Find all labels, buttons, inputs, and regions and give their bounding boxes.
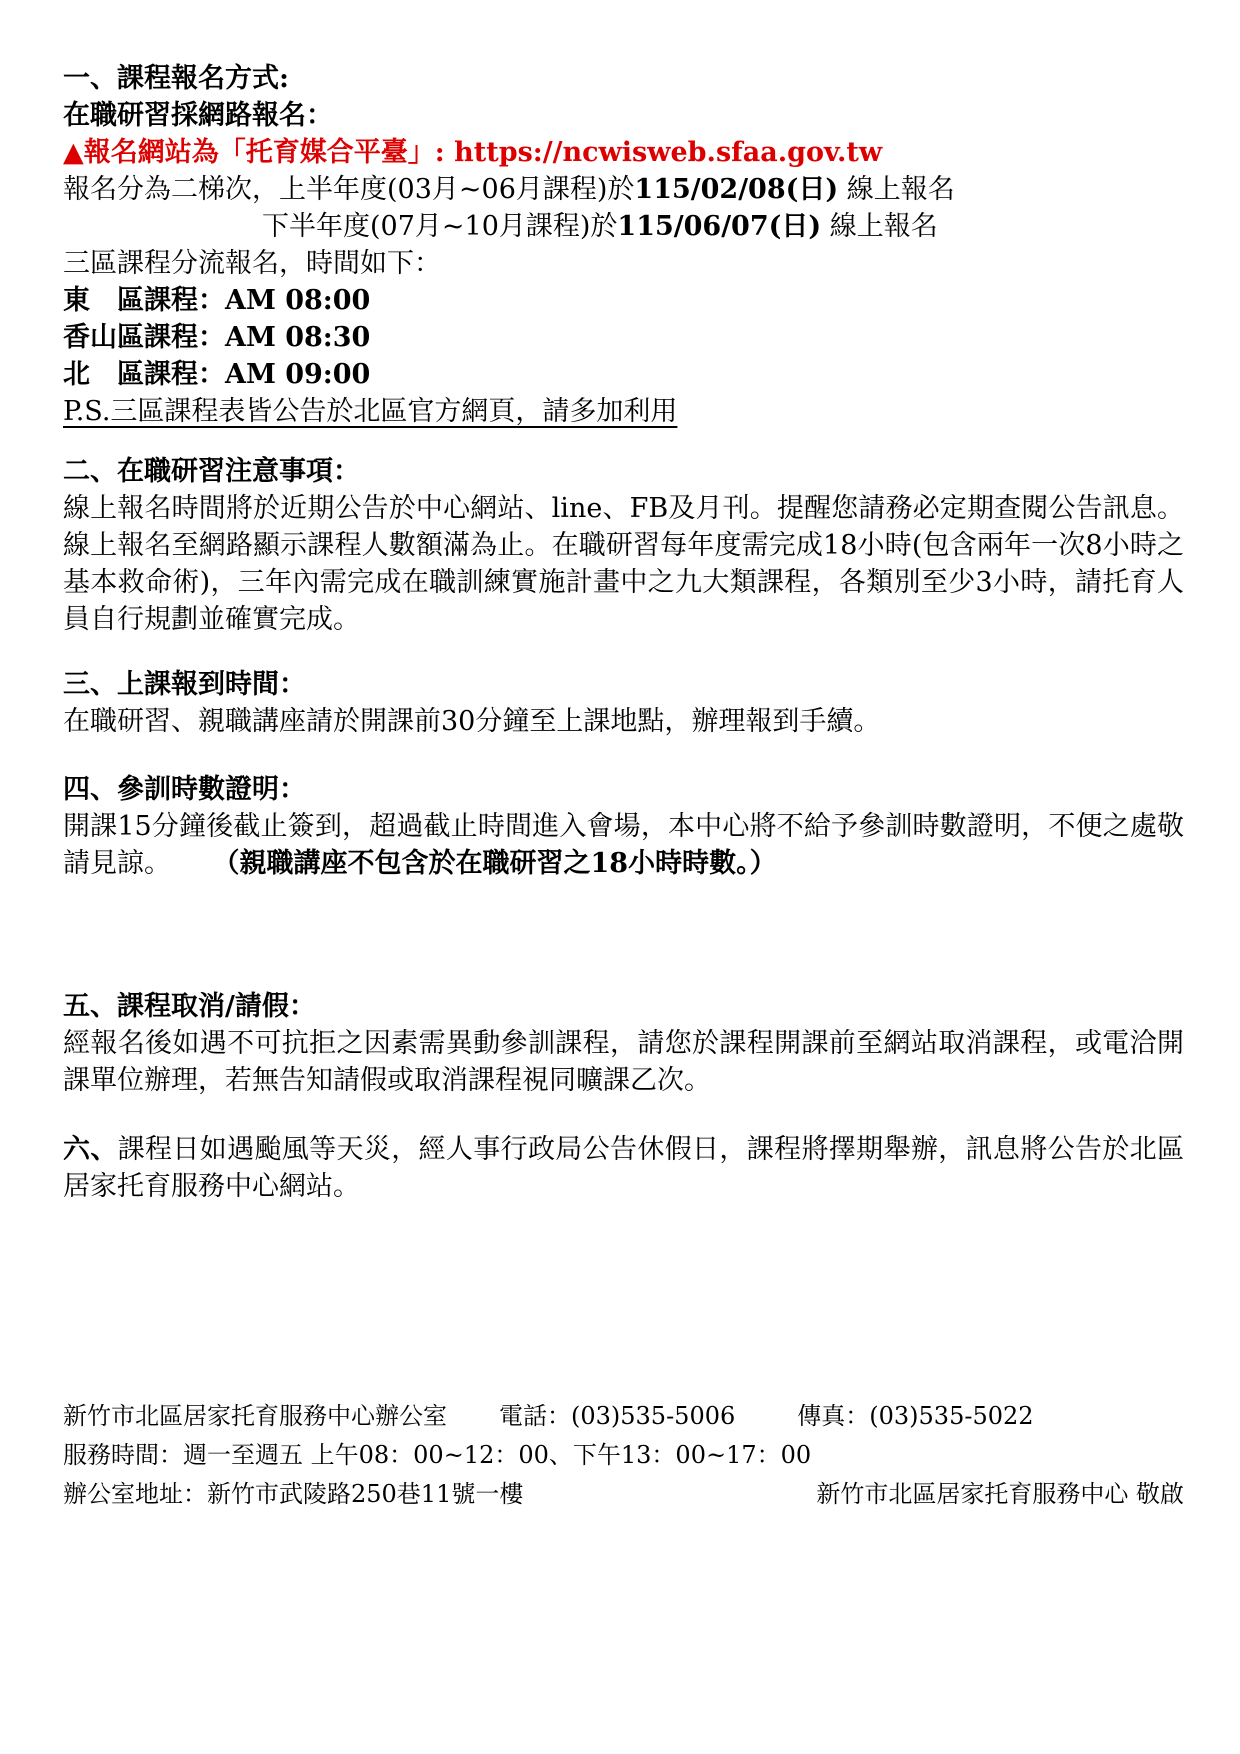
footer-contact-line: 新竹市北區居家托育服務中心辦公室 電話：(03)535-5006 傳真：(03)…	[63, 1397, 1184, 1436]
footer-office-name: 新竹市北區居家托育服務中心辦公室	[63, 1397, 447, 1436]
ps-note: P.S.三區課程表皆公告於北區官方網頁，請多加利用	[63, 393, 1184, 430]
section6-body-text: 課程日如遇颱風等天災，經人事行政局公告休假日，課程將擇期舉辦，訊息將公告於北區居…	[63, 1134, 1184, 1202]
footer-service-hours: 服務時間：週一至週五 上午08：00~12：00、下午13：00~17：00	[63, 1436, 1184, 1475]
batch1-date: 115/02/08(日)	[634, 174, 838, 205]
batch-line-2: 下半年度(07月~10月課程)於115/06/07(日) 線上報名	[63, 208, 1184, 245]
section-typhoon-policy: 六、課程日如遇颱風等天災，經人事行政局公告休假日，課程將擇期舉辦，訊息將公告於北…	[63, 1131, 1184, 1205]
time-east-district: 東 區課程：AM 08:00	[63, 282, 1184, 319]
section4-note: （親職講座不包含於在職研習之18小時時數。）	[226, 848, 777, 879]
registration-site-line: ▲報名網站為「托育媒合平臺」: https://ncwisweb.sfaa.go…	[63, 134, 1184, 171]
footer-address-line: 辦公室地址：新竹市武陵路250巷11號一樓 新竹市北區居家托育服務中心 敬啟	[63, 1475, 1184, 1514]
section3-heading: 三、上課報到時間：	[63, 666, 1184, 703]
batch1-prefix: 報名分為二梯次，上半年度(03月~06月課程)於	[63, 174, 634, 205]
registration-url-link[interactable]: https://ncwisweb.sfaa.gov.tw	[454, 137, 882, 168]
site-label: 報名網站為「托育媒合平臺」:	[84, 137, 454, 168]
section-registration-method: 一、課程報名方式: 在職研習採網路報名： ▲報名網站為「托育媒合平臺」: htt…	[63, 60, 1184, 430]
section6-prefix: 六、	[63, 1134, 118, 1165]
footer-address: 辦公室地址：新竹市武陵路250巷11號一樓	[63, 1475, 523, 1514]
section5-heading: 五、課程取消/請假：	[63, 988, 1184, 1025]
section-hours-certificate: 四、參訓時數證明： 開課15分鐘後截止簽到，超過截止時間進入會場，本中心將不給予…	[63, 771, 1184, 882]
footer-fax: 傳真：(03)535-5022	[797, 1397, 1033, 1436]
document-footer: 新竹市北區居家托育服務中心辦公室 電話：(03)535-5006 傳真：(03)…	[63, 1397, 1184, 1514]
batch1-suffix: 線上報名	[838, 174, 955, 205]
section1-subheading: 在職研習採網路報名：	[63, 97, 1184, 134]
batch2-date: 115/06/07(日)	[617, 211, 821, 242]
section1-heading: 一、課程報名方式:	[63, 60, 1184, 97]
triangle-marker-icon: ▲	[63, 137, 84, 168]
section6-body: 六、課程日如遇颱風等天災，經人事行政局公告休假日，課程將擇期舉辦，訊息將公告於北…	[63, 1131, 1184, 1205]
section4-body: 開課15分鐘後截止簽到，超過截止時間進入會場，本中心將不給予參訓時數證明，不便之…	[63, 808, 1184, 882]
section-training-notes: 二、在職研習注意事項： 線上報名時間將於近期公告於中心網站、line、FB及月刊…	[63, 453, 1184, 638]
batch-line-1: 報名分為二梯次，上半年度(03月~06月課程)於115/02/08(日) 線上報…	[63, 171, 1184, 208]
batch2-suffix: 線上報名	[821, 211, 938, 242]
section5-body: 經報名後如遇不可抗拒之因素需異動參訓課程，請您於課程開課前至網站取消課程，或電洽…	[63, 1025, 1184, 1099]
footer-phone: 電話：(03)535-5006	[499, 1397, 735, 1436]
section-cancellation: 五、課程取消/請假： 經報名後如遇不可抗拒之因素需異動參訓課程，請您於課程開課前…	[63, 988, 1184, 1099]
section2-body: 線上報名時間將於近期公告於中心網站、line、FB及月刊。提醒您請務必定期查閱公…	[63, 490, 1184, 638]
footer-signoff: 新竹市北區居家托育服務中心 敬啟	[816, 1475, 1184, 1514]
time-north-district: 北 區課程：AM 09:00	[63, 356, 1184, 393]
section2-heading: 二、在職研習注意事項：	[63, 453, 1184, 490]
batch2-prefix: 下半年度(07月~10月課程)於	[262, 211, 617, 242]
time-xiangshan-district: 香山區課程：AM 08:30	[63, 319, 1184, 356]
section-checkin-time: 三、上課報到時間： 在職研習、親職講座請於開課前30分鐘至上課地點，辦理報到手續…	[63, 666, 1184, 740]
split-registration-intro: 三區課程分流報名，時間如下：	[63, 245, 1184, 282]
section4-heading: 四、參訓時數證明：	[63, 771, 1184, 808]
document-page: 一、課程報名方式: 在職研習採網路報名： ▲報名網站為「托育媒合平臺」: htt…	[0, 0, 1240, 1754]
section3-body: 在職研習、親職講座請於開課前30分鐘至上課地點，辦理報到手續。	[63, 703, 1184, 740]
